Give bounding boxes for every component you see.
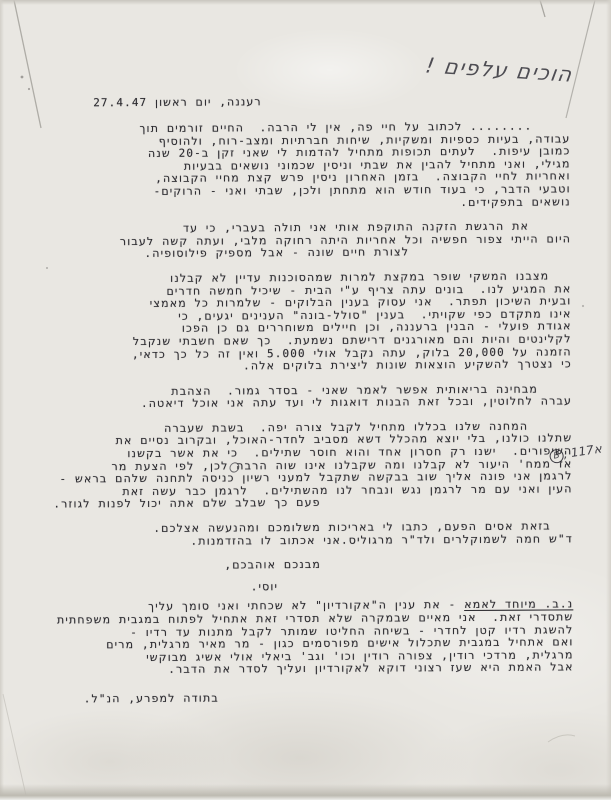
paragraph-text: מבחינה בריאותית אפשר לאמר שאני - בסדר גמ… [55,383,572,411]
scanned-letter-page: הוכים עלפים ! רעננה, יום ראשון 27.4.47 B… [0,0,611,800]
paragraph-text: בזאת אסים הפעם, כתבו לי באריכות משלומכם … [56,520,573,548]
paragraph-1: ........ לכתוב על חיי פה, אין לי הרבה. ה… [53,120,571,211]
paragraph-3: מצבנו המשקי שופר במקצת למרות שמהסוכנות ע… [54,270,572,374]
paragraph-text: ........ לכתוב על חיי פה, אין לי הרבה. ה… [53,120,571,211]
thanks-line: בתודה למפרע, הנ"ל. [57,693,219,707]
paragraph-2: את הרגשת הזקנה התוקפת אותי אני תולה בעבר… [54,221,571,262]
paragraph-6: בזאת אסים הפעם, כתבו לי באריכות משלומכם … [56,520,573,548]
closing-block: מבנכם אוהבכם, יוסי. [56,558,573,595]
paragraph-text: המחנה שלנו בכללו מתחיל לקבל צורה יפה. בש… [55,420,572,499]
signature: יוסי. [56,581,278,595]
letter-body: ........ לכתוב על חיי פה, אין לי הרבה. ה… [53,120,574,706]
date-line: רעננה, יום ראשון 27.4.47 [93,95,262,109]
paragraph-4: מבחינה בריאותית אפשר לאמר שאני - בסדר גמ… [55,383,572,411]
valediction: מבנכם אוהבכם, [56,559,321,573]
postscript-text: שתסדרי זאת. אני מאיים שבמקרה שלא תסדרי ז… [56,611,573,677]
paragraph-5: המחנה שלנו בכללו מתחיל לקבל צורה יפה. בש… [55,420,573,511]
postscript-label: נ.ב. מיוחד לאמא [464,598,573,612]
paragraph-text: מצבנו המשקי שופר במקצת למרות שמהסוכנות ע… [54,270,572,374]
paragraph-last-line: פעם כך שבלב שלם אתה יכול לפנות לגוזר. [56,497,321,511]
postscript-block: נ.ב. מיוחד לאמא - את ענין ה"אקורדיון" לא… [56,599,573,678]
paragraph-text: את הרגשת הזקנה התוקפת אותי אני תולה בעבר… [54,221,571,249]
letter-content: הוכים עלפים ! רעננה, יום ראשון 27.4.47 B… [0,0,611,800]
handwritten-note: הוכים עלפים ! [386,51,575,87]
paragraph-last-line: לצורת חיים שונה - אבל מספיק פילוסופיה. [54,247,409,262]
